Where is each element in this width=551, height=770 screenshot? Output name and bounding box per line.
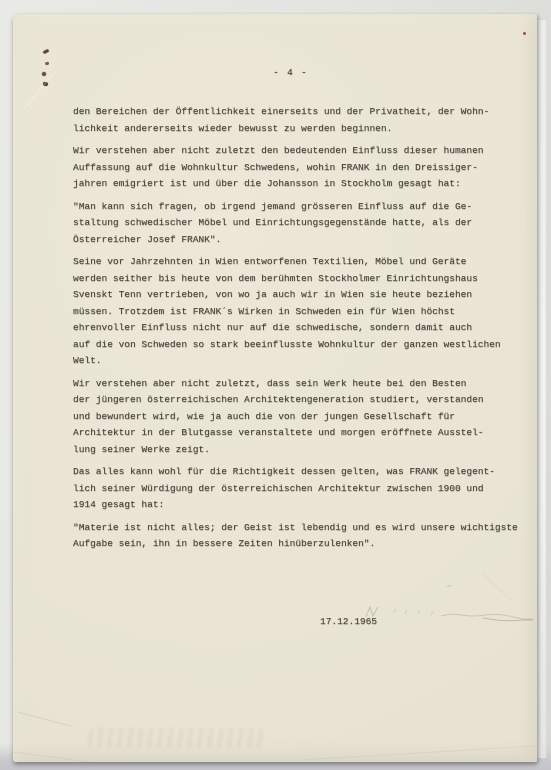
document-page: - 4 - den Bereichen der Öffentlichkeit e… <box>13 14 537 762</box>
paper-creases <box>13 14 537 762</box>
bleedthrough-smudge <box>87 728 264 748</box>
scan-background: - 4 - den Bereichen der Öffentlichkeit e… <box>0 0 551 770</box>
